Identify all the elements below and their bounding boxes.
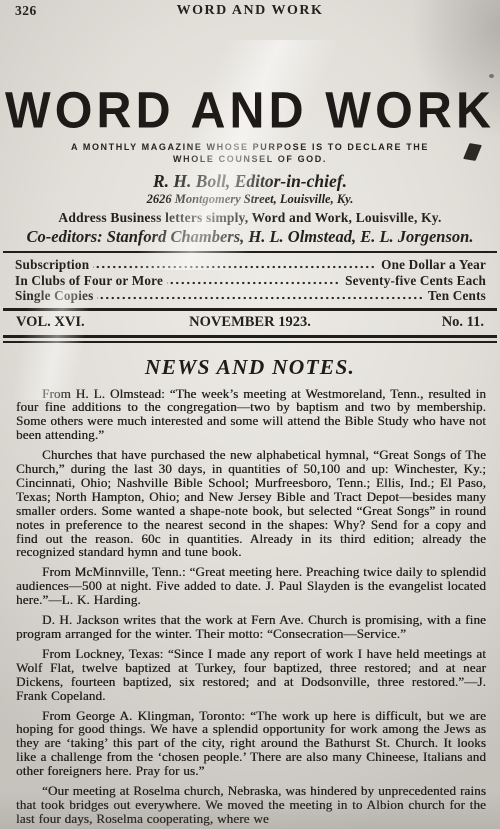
dot-leader (167, 273, 341, 289)
issue-volume: VOL. XVI. (16, 314, 85, 331)
subscription-row: Subscription One Dollar a Year (15, 257, 486, 273)
running-title: WORD AND WORK (0, 3, 500, 19)
article-body: From H. L. Olmstead: “The week’s meeting… (0, 379, 500, 826)
masthead-subtitle-line2: WHOLE COUNSEL OF GOD. (60, 153, 440, 165)
subscription-label: Subscription (15, 257, 89, 273)
subscription-value: Seventy-five Cents Each (345, 273, 486, 289)
issue-line: VOL. XVI. NOVEMBER 1923. No. 11. (0, 311, 500, 335)
masthead-subtitle: A MONTHLY MAGAZINE WHOSE PURPOSE IS TO D… (60, 141, 440, 165)
subscription-value: One Dollar a Year (381, 257, 486, 273)
masthead: WORD AND WORK A MONTHLY MAGAZINE WHOSE P… (0, 83, 500, 246)
article-paragraph: D. H. Jackson writes that the work at Fe… (16, 613, 486, 641)
section-heading: NEWS AND NOTES. (0, 355, 500, 379)
subscription-label: Single Copies (15, 288, 93, 304)
subscription-label: In Clubs of Four or More (15, 273, 163, 289)
address-line: 2626 Montgomery Street, Louisville, Ky. (0, 192, 500, 207)
masthead-subtitle-line1: A MONTHLY MAGAZINE WHOSE PURPOSE IS TO D… (60, 141, 440, 153)
coeditors-line: Co-editors: Stanford Chambers, H. L. Olm… (0, 227, 500, 246)
article-paragraph: From Lockney, Texas: “Since I made any r… (16, 647, 486, 703)
running-header: 326 WORD AND WORK (0, 0, 500, 25)
masthead-title: WORD AND WORK (0, 83, 500, 137)
article-paragraph: From George A. Klingman, Toronto: “The w… (16, 709, 486, 779)
subscription-row: In Clubs of Four or More Seventy-five Ce… (15, 273, 486, 289)
page-number: 326 (15, 3, 37, 19)
article-paragraph: From McMinnville, Tenn.: “Great meeting … (16, 565, 486, 607)
subscription-row: Single Copies Ten Cents (15, 288, 486, 304)
magazine-page: 326 WORD AND WORK WORD AND WORK A MONTHL… (0, 0, 500, 829)
issue-number: No. 11. (442, 314, 484, 331)
ink-speck-artifact (489, 74, 494, 78)
article-paragraph: Churches that have purchased the new alp… (16, 448, 486, 559)
subscription-value: Ten Cents (428, 288, 486, 304)
subscription-box: Subscription One Dollar a Year In Clubs … (0, 253, 500, 308)
dot-leader (97, 288, 423, 304)
business-letters-line: Address Business letters simply, Word an… (0, 210, 500, 226)
article-paragraph: “Our meeting at Roselma church, Nebraska… (16, 784, 486, 826)
dot-leader (93, 257, 377, 273)
divider-rule-double (3, 335, 497, 343)
article-paragraph: From H. L. Olmstead: “The week’s meeting… (16, 387, 486, 443)
editor-line: R. H. Boll, Editor-in-chief. (0, 172, 500, 191)
